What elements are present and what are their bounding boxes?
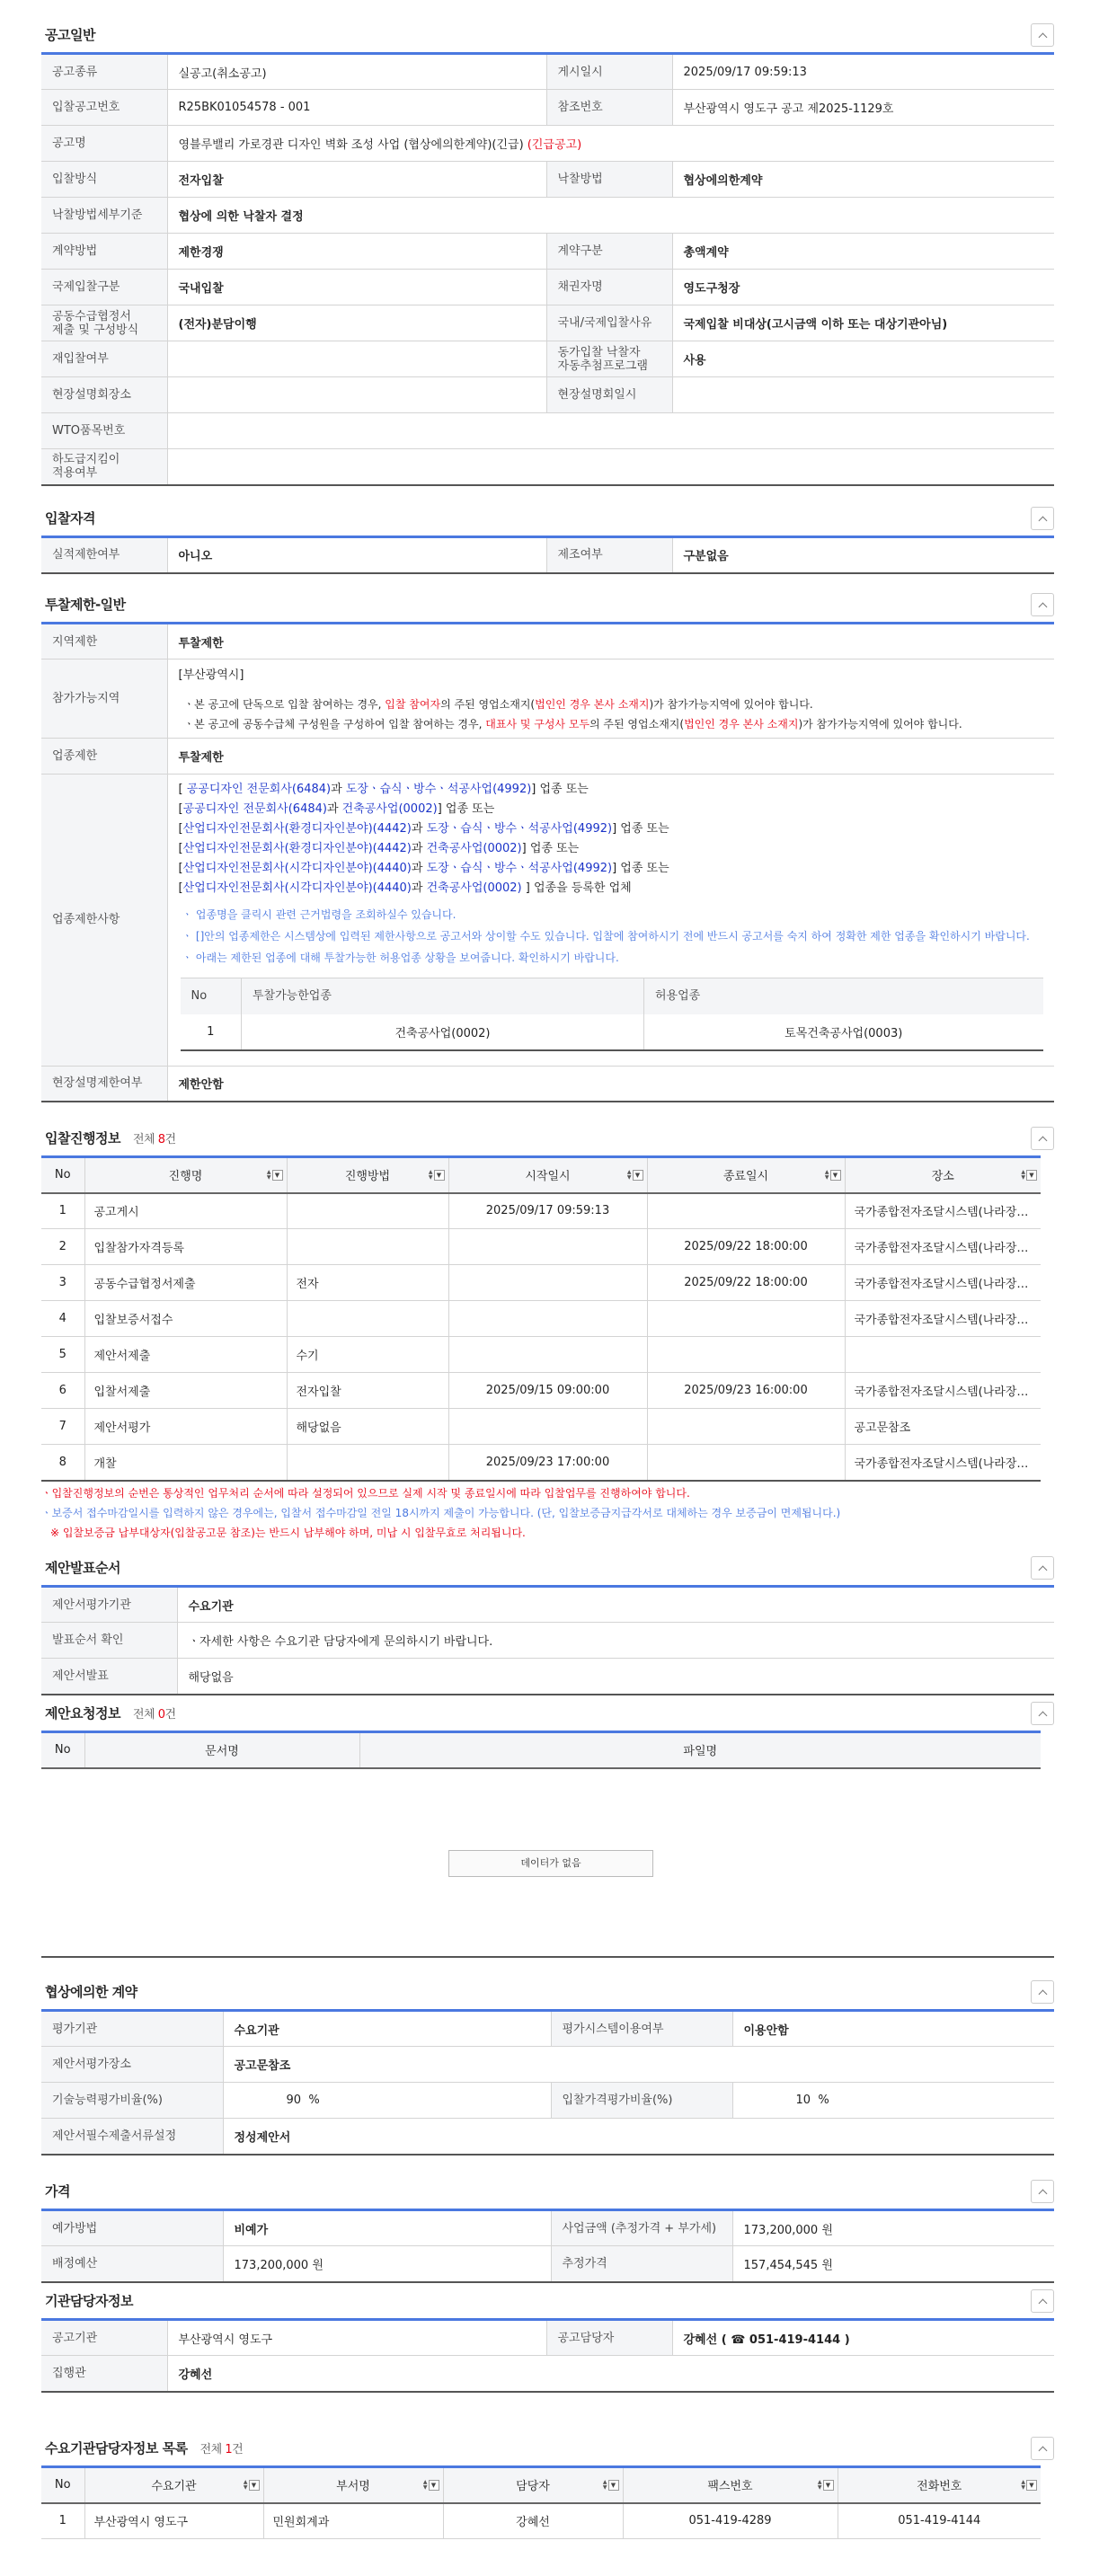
total-count: 전체 8건 <box>133 1133 176 1146</box>
table-cell: 8 <box>41 1445 84 1481</box>
column-header-label: 진행방법 <box>345 1170 390 1183</box>
sort-controls[interactable]: ▲▼▼ <box>1021 2480 1037 2491</box>
column-header[interactable]: 종료일시▲▼▼ <box>647 1157 845 1193</box>
note-text: 아래는 제한된 업종에 대해 투찰가능한 허용업종 상황을 보여줍니다. 확인하… <box>196 952 619 964</box>
label: 채권자명 <box>546 270 672 305</box>
table-cell <box>448 1301 647 1337</box>
table-row[interactable]: 1공고게시2025/09/17 09:59:13국가종합전자조달시스템(나라장… <box>41 1193 1041 1229</box>
table-row[interactable]: 4입찰보증서접수국가종합전자조달시스템(나라장… <box>41 1301 1041 1337</box>
value-lottery: 사용 <box>672 341 1054 377</box>
label: 현장설명회장소 <box>41 377 167 413</box>
industry-link[interactable]: 건축공사업(0002) <box>427 881 522 895</box>
chevron-up-icon <box>1038 1711 1047 1720</box>
label: 현장설명회일시 <box>546 377 672 413</box>
section-title: 입찰자격 <box>45 509 95 527</box>
urgent-badge: (긴급공고) <box>527 138 581 152</box>
table-cell: 2025/09/15 09:00:00 <box>448 1373 647 1409</box>
presentation-table: 제안서평가기관수요기관 발표순서 확인ㆍ자세한 사항은 수요기관 담당자에게 문… <box>41 1585 1054 1695</box>
table-cell <box>287 1229 448 1265</box>
industry-line: [산업디자인전문회사(시각디자인분야)(4440)과 도장ㆍ습식ㆍ방수ㆍ석공사업… <box>179 859 1044 879</box>
label: 공고기관 <box>41 2320 167 2356</box>
label: 국제입찰구분 <box>41 270 167 305</box>
warning-note: ※ 입찰보증금 납부대상자(입찰공고문 참조)는 반드시 납부해야 하며, 미납… <box>41 1523 1054 1543</box>
table-cell <box>287 1301 448 1337</box>
column-header[interactable]: 수요기관▲▼▼ <box>84 2467 263 2503</box>
column-header[interactable]: 담당자▲▼▼ <box>443 2467 623 2503</box>
table-cell: 국가종합전자조달시스템(나라장… <box>845 1445 1041 1481</box>
value-site-time <box>672 377 1054 413</box>
section-title: 협상에의한 계약 <box>45 1982 137 2001</box>
value-performance-limit: 아니오 <box>167 537 546 573</box>
table-cell: 공고게시 <box>84 1193 287 1229</box>
table-cell: 7 <box>41 1409 84 1445</box>
sort-controls[interactable]: ▲▼▼ <box>244 2480 260 2491</box>
collapse-button[interactable] <box>1031 1980 1054 2004</box>
table-cell: 입찰보증서접수 <box>84 1301 287 1337</box>
collapse-button[interactable] <box>1031 593 1054 616</box>
collapse-button[interactable] <box>1031 2180 1054 2203</box>
text: ㆍ본 공고에 공동수급체 구성원을 구성하여 입찰 참여하는 경우, <box>184 718 486 730</box>
text: ] 업종 또는 <box>438 802 495 816</box>
table-cell: 전자입찰 <box>287 1373 448 1409</box>
section-title: 수요기관담당자정보 목록전체 1건 <box>45 2439 243 2457</box>
label: 하도급지킴이적용여부 <box>41 449 167 485</box>
value-estimated-price: 157,454,545 원 <box>732 2246 1054 2282</box>
table-cell <box>647 1301 845 1337</box>
label: 재입찰여부 <box>41 341 167 377</box>
column-header[interactable]: 팩스번호▲▼▼ <box>623 2467 838 2503</box>
label: 평가시스템이용여부 <box>551 2011 732 2047</box>
empty-state: 데이터가 없음 <box>41 1769 1054 1958</box>
text: [ <box>179 783 187 796</box>
sort-controls[interactable]: ▲▼▼ <box>1021 1170 1037 1181</box>
sort-icon[interactable]: ▲▼ <box>1021 2480 1025 2491</box>
value-site-place <box>167 377 546 413</box>
demand-table: No수요기관▲▼▼부서명▲▼▼담당자▲▼▼팩스번호▲▼▼전화번호▲▼▼ 1부산광… <box>41 2465 1041 2539</box>
table-cell: 6 <box>41 1373 84 1409</box>
label: 참조번호 <box>546 90 672 126</box>
text: ] 업종 또는 <box>612 822 669 836</box>
table-row[interactable]: 6입찰서제출전자입찰2025/09/15 09:00:002025/09/23 … <box>41 1373 1041 1409</box>
label: 배정예산 <box>41 2246 223 2282</box>
industry-line: [공공디자인 전문회사(6484)과 건축공사업(0002)] 업종 또는 <box>179 800 1044 819</box>
table-cell <box>448 1265 647 1301</box>
column-header-label: No <box>55 1743 71 1757</box>
table-cell <box>647 1337 845 1373</box>
industry-line: [산업디자인전문회사(환경디자인분야)(4442)과 건축공사업(0002)] … <box>179 839 1044 859</box>
table-cell: 2025/09/23 16:00:00 <box>647 1373 845 1409</box>
section-title: 투찰제한-일반 <box>45 595 126 614</box>
text: 과 <box>412 862 423 875</box>
text: ] 업종을 등록한 업체 <box>522 881 632 895</box>
table-cell: 1 <box>41 1193 84 1229</box>
sort-controls[interactable]: ▲▼▼ <box>267 1170 283 1181</box>
table-cell: 051-419-4289 <box>623 2503 838 2539</box>
label: 공고담당자 <box>546 2320 672 2356</box>
industry-notes: ㆍ 업종명을 클릭시 관련 근거법령을 조회하실수 있습니다.ㆍ []안의 업종… <box>179 904 1044 969</box>
text: )가 참가가능지역에 있어야 합니다. <box>650 698 813 711</box>
industry-link[interactable]: 도장ㆍ습식ㆍ방수ㆍ석공사업(4992) <box>346 783 531 796</box>
value-reference-number: 부산광역시 영도구 공고 제2025-1129호 <box>672 90 1054 126</box>
section-demand: 수요기관담당자정보 목록전체 1건 No수요기관▲▼▼부서명▲▼▼담당자▲▼▼팩… <box>41 2431 1054 2539</box>
value-award-criteria: 협상에 의한 낙찰자 결정 <box>167 198 1054 234</box>
table-row: 1건축공사업(0002)토목건축공사업(0003) <box>181 1014 1043 1050</box>
industry-line: [산업디자인전문회사(시각디자인분야)(4440)과 건축공사업(0002) ]… <box>179 879 1044 899</box>
value-required-docs: 정성제안서 <box>223 2119 1054 2155</box>
table-row[interactable]: 5제안서제출수기 <box>41 1337 1041 1373</box>
text: 과 <box>327 802 339 816</box>
text: ㆍ본 공고에 단독으로 입찰 참여하는 경우, <box>184 698 386 711</box>
label: 제안서평가장소 <box>41 2047 223 2083</box>
bullet-icon: ㆍ <box>182 908 196 921</box>
text: 과 <box>331 783 342 796</box>
bullet-icon: ㆍ <box>182 952 196 964</box>
industry-link[interactable]: 산업디자인전문회사(환경디자인분야)(4442) <box>183 842 412 855</box>
column-header: 허용업종 <box>644 978 1043 1014</box>
industry-link[interactable]: 공공디자인 전문회사(6484) <box>183 802 327 816</box>
column-header: No <box>41 1157 84 1193</box>
collapse-button[interactable] <box>1031 2437 1054 2460</box>
text: 의 주된 영업소재지( <box>589 718 684 730</box>
value-eval-org: 수요기관 <box>177 1587 1054 1623</box>
total-count: 전체 1건 <box>200 2443 244 2456</box>
filter-dropdown-icon[interactable]: ▼ <box>1026 1170 1037 1181</box>
table-cell: 4 <box>41 1301 84 1337</box>
table-cell: 5 <box>41 1337 84 1373</box>
table-cell: 전자 <box>287 1265 448 1301</box>
column-header-label: 파일명 <box>683 1745 717 1758</box>
table-cell <box>448 1337 647 1373</box>
table-cell: 국가종합전자조달시스템(나라장… <box>845 1301 1041 1337</box>
guarantee-note: ㆍ보증서 접수마감일시를 입력하지 않은 경우에는, 입찰서 접수마감일 전일 … <box>41 1503 1054 1523</box>
value-industry-detail: [ 공공디자인 전문회사(6484)과 도장ㆍ습식ㆍ방수ㆍ석공사업(4992)]… <box>167 775 1054 1067</box>
table-cell: 강혜선 <box>443 2503 623 2539</box>
label: 동가입찰 낙찰자자동추첨프로그램 <box>546 341 672 377</box>
highlight: 입찰 참여자 <box>385 698 440 711</box>
table-cell <box>448 1229 647 1265</box>
table-row[interactable]: 1부산광역시 영도구민원회계과강혜선051-419-4289051-419-41… <box>41 2503 1041 2539</box>
label: 게시일시 <box>546 54 672 90</box>
sort-icon[interactable]: ▲▼ <box>627 1170 632 1181</box>
chevron-up-icon <box>1038 2298 1047 2307</box>
sort-controls[interactable]: ▲▼▼ <box>429 1170 445 1181</box>
text: ] 업종 또는 <box>612 862 669 875</box>
table-cell <box>287 1445 448 1481</box>
sort-icon[interactable]: ▲▼ <box>603 2480 607 2491</box>
value-price-ratio: 10 % <box>732 2083 1054 2119</box>
text: 과 <box>412 842 423 855</box>
value-creditor: 영도구청장 <box>672 270 1054 305</box>
section-negotiation: 협상에의한 계약 평가기관수요기관평가시스템이용여부이용안함 제안서평가장소공고… <box>41 1975 1054 2156</box>
section-title: 제안발표순서 <box>45 1558 120 1577</box>
column-header-label: 진행명 <box>169 1170 203 1183</box>
collapse-button[interactable] <box>1031 23 1054 47</box>
label: 공고종류 <box>41 54 167 90</box>
table-cell: 국가종합전자조달시스템(나라장… <box>845 1373 1041 1409</box>
table-cell: 개찰 <box>84 1445 287 1481</box>
industry-link[interactable]: 도장ㆍ습식ㆍ방수ㆍ석공사업(4992) <box>427 862 612 875</box>
allowed-industry-table: No투찰가능한업종허용업종 1건축공사업(0002)토목건축공사업(0003) <box>181 978 1043 1051</box>
value-eval-system: 이용안함 <box>732 2011 1054 2047</box>
note-text: []안의 업종제한은 시스템상에 입력된 제한사항으로 공고서와 상이할 수도 … <box>196 930 1030 943</box>
industry-link[interactable]: 공공디자인 전문회사(6484) <box>187 783 331 796</box>
industry-link[interactable]: 산업디자인전문회사(시각디자인분야)(4440) <box>183 862 412 875</box>
table-cell: 국가종합전자조달시스템(나라장… <box>845 1193 1041 1229</box>
section-title: 기관담당자정보 <box>45 2291 133 2310</box>
column-header-label: 시작일시 <box>525 1170 570 1183</box>
value-rebid <box>167 341 546 377</box>
industry-link[interactable]: 도장ㆍ습식ㆍ방수ㆍ석공사업(4992) <box>427 822 612 836</box>
table-cell: 민원회계과 <box>263 2503 443 2539</box>
table-cell: 입찰서제출 <box>84 1373 287 1409</box>
filter-dropdown-icon[interactable]: ▼ <box>249 2480 260 2491</box>
section-title: 입찰진행정보전체 8건 <box>45 1129 176 1147</box>
table-cell: 2025/09/22 18:00:00 <box>647 1265 845 1301</box>
chevron-up-icon <box>1038 1136 1047 1145</box>
column-header-label: 팩스번호 <box>707 2480 752 2493</box>
value-eval-place: 공고문참조 <box>223 2047 1054 2083</box>
chevron-up-icon <box>1038 1565 1047 1574</box>
label: 입찰공고번호 <box>41 90 167 126</box>
filter-dropdown-icon[interactable]: ▼ <box>272 1170 283 1181</box>
value-eval-org: 수요기관 <box>223 2011 551 2047</box>
chevron-up-icon <box>1038 2189 1047 2198</box>
table-cell: 2 <box>41 1229 84 1265</box>
column-header: No <box>41 2467 84 2503</box>
sort-icon[interactable]: ▲▼ <box>267 1170 271 1181</box>
label: 지역제한 <box>41 624 167 659</box>
column-header: 파일명 <box>359 1732 1041 1768</box>
label: 공고명 <box>41 126 167 162</box>
table-cell: 051-419-4144 <box>838 2503 1041 2539</box>
value-region-limit: 투찰제한 <box>167 624 1054 659</box>
table-cell: 국가종합전자조달시스템(나라장… <box>845 1229 1041 1265</box>
table-cell <box>448 1409 647 1445</box>
sort-controls[interactable]: ▲▼▼ <box>818 2480 834 2491</box>
agency-table: 공고기관부산광역시 영도구공고담당자강혜선 ( ☎ 051-419-4144 )… <box>41 2318 1054 2393</box>
chevron-up-icon <box>1038 516 1047 525</box>
progress-note: ㆍ입찰진행정보의 순번은 통상적인 업무처리 순서에 따라 설정되어 있으므로 … <box>41 1483 1054 1503</box>
column-header-label: 전화번호 <box>917 2480 962 2493</box>
column-header: No <box>181 978 242 1014</box>
text: )가 참가가능지역에 있어야 합니다. <box>798 718 962 730</box>
text: 의 주된 영업소재지( <box>440 698 535 711</box>
table-row[interactable]: 2입찰참가자격등록2025/09/22 18:00:00국가종합전자조달시스템(… <box>41 1229 1041 1265</box>
value-tech-ratio: 90 % <box>223 2083 551 2119</box>
value-area: [부산광역시] ㆍ본 공고에 단독으로 입찰 참여하는 경우, 입찰 참여자의 … <box>167 659 1054 739</box>
label: 업종제한사항 <box>41 775 167 1067</box>
label: 계약방법 <box>41 234 167 270</box>
table-row[interactable]: 3공동수급협정서제출전자2025/09/22 18:00:00국가종합전자조달시… <box>41 1265 1041 1301</box>
collapse-button[interactable] <box>1031 507 1054 530</box>
sort-controls[interactable]: ▲▼▼ <box>423 2480 439 2491</box>
value-order-note: ㆍ자세한 사항은 수요기관 담당자에게 문의하시기 바랍니다. <box>177 1623 1054 1659</box>
highlight: 법인인 경우 본사 소재지 <box>535 698 649 711</box>
table-cell: 토목건축공사업(0003) <box>644 1014 1043 1050</box>
collapse-button[interactable] <box>1031 1127 1054 1150</box>
section-agency: 기관담당자정보 공고기관부산광역시 영도구공고담당자강혜선 ( ☎ 051-41… <box>41 2284 1054 2393</box>
label: 현장설명제한여부 <box>41 1066 167 1102</box>
filter-dropdown-icon[interactable]: ▼ <box>429 2480 439 2491</box>
sort-icon[interactable]: ▲▼ <box>423 2480 428 2491</box>
label: 제안서필수제출서류설정 <box>41 2119 223 2155</box>
filter-dropdown-icon[interactable]: ▼ <box>434 1170 445 1181</box>
label: WTO품목번호 <box>41 413 167 449</box>
area-note: ㆍ본 공고에 공동수급체 구성원을 구성하여 입찰 참여하는 경우, 대표사 및… <box>179 714 1044 734</box>
note-item: ㆍ 아래는 제한된 업종에 대해 투찰가능한 허용업종 상황을 보여줍니다. 확… <box>182 947 1044 969</box>
sort-controls[interactable]: ▲▼▼ <box>627 1170 643 1181</box>
sort-icon[interactable]: ▲▼ <box>429 1170 433 1181</box>
column-header-label: 담당자 <box>516 2480 550 2493</box>
value-business-amount: 173,200,000 원 <box>732 2210 1054 2246</box>
column-header-label: 장소 <box>932 1170 954 1183</box>
industry-list: [ 공공디자인 전문회사(6484)과 도장ㆍ습식ㆍ방수ㆍ석공사업(4992)]… <box>179 780 1044 899</box>
industry-link[interactable]: 건축공사업(0002) <box>342 802 438 816</box>
value-intl-type: 국내입찰 <box>167 270 546 305</box>
chevron-up-icon <box>1038 1989 1047 1998</box>
text: ] 업종 또는 <box>531 783 589 796</box>
area-note: ㆍ본 공고에 단독으로 입찰 참여하는 경우, 입찰 참여자의 주된 영업소재지… <box>179 695 1044 714</box>
section-progress: 입찰진행정보전체 8건 No진행명▲▼▼진행방법▲▼▼시작일시▲▼▼종료일시▲▼… <box>41 1121 1054 1543</box>
value-industry-limit: 투찰제한 <box>167 739 1054 775</box>
value-contract-type: 총액계약 <box>672 234 1054 270</box>
table-cell <box>845 1337 1041 1373</box>
table-cell: 건축공사업(0002) <box>242 1014 644 1050</box>
filter-dropdown-icon[interactable]: ▼ <box>1026 2480 1037 2491</box>
column-header[interactable]: 시작일시▲▼▼ <box>448 1157 647 1193</box>
column-header[interactable]: 진행방법▲▼▼ <box>287 1157 448 1193</box>
table-cell: 공동수급협정서제출 <box>84 1265 287 1301</box>
collapse-button[interactable] <box>1031 1556 1054 1580</box>
rfp-table: No문서명파일명 <box>41 1731 1041 1769</box>
label: 업종제한 <box>41 739 167 775</box>
sort-controls[interactable]: ▲▼▼ <box>603 2480 619 2491</box>
section-title: 공고일반 <box>45 25 95 44</box>
column-header[interactable]: 부서명▲▼▼ <box>263 2467 443 2503</box>
note-item: ㆍ 업종명을 클릭시 관련 근거법령을 조회하실수 있습니다. <box>182 904 1044 925</box>
label: 제조여부 <box>546 537 672 573</box>
sort-icon[interactable]: ▲▼ <box>818 2480 822 2491</box>
text: 과 <box>412 881 423 895</box>
table-row[interactable]: 8개찰2025/09/23 17:00:00국가종합전자조달시스템(나라장… <box>41 1445 1041 1481</box>
industry-link[interactable]: 건축공사업(0002) <box>427 842 522 855</box>
table-row[interactable]: 7제안서평가해당없음공고문참조 <box>41 1409 1041 1445</box>
sort-icon[interactable]: ▲▼ <box>825 1170 829 1181</box>
label: 제안서발표 <box>41 1659 177 1695</box>
filter-dropdown-icon[interactable]: ▼ <box>830 1170 841 1181</box>
label: 공동수급협정서제출 및 구성방식 <box>41 305 167 341</box>
industry-link[interactable]: 산업디자인전문회사(시각디자인분야)(4440) <box>183 881 412 895</box>
label: 국내/국제입찰사유 <box>546 305 672 341</box>
industry-link[interactable]: 산업디자인전문회사(환경디자인분야)(4442) <box>183 822 412 836</box>
label: 낙찰방법 <box>546 162 672 198</box>
label: 낙찰방법세부기준 <box>41 198 167 234</box>
table-cell <box>287 1193 448 1229</box>
section-restriction: 투찰제한-일반 지역제한투찰제한 참가가능지역 [부산광역시] ㆍ본 공고에 단… <box>41 588 1054 1102</box>
industry-line: [산업디자인전문회사(환경디자인분야)(4442)과 도장ㆍ습식ㆍ방수ㆍ석공사업… <box>179 819 1044 839</box>
column-header[interactable]: 전화번호▲▼▼ <box>838 2467 1041 2503</box>
filter-dropdown-icon[interactable]: ▼ <box>608 2480 619 2491</box>
phone-icon: ☎ <box>731 2333 745 2347</box>
value-price-method: 비예가 <box>223 2210 551 2246</box>
value-budget: 173,200,000 원 <box>223 2246 551 2282</box>
chevron-up-icon <box>1038 602 1047 611</box>
table-cell: 1 <box>41 2503 84 2539</box>
value-notice-type: 실공고(취소공고) <box>167 54 546 90</box>
label: 입찰가격평가비율(%) <box>551 2083 732 2119</box>
highlight: 법인인 경우 본사 소재지 <box>684 718 798 730</box>
value-wto <box>167 413 1054 449</box>
table-cell: 입찰참가자격등록 <box>84 1229 287 1265</box>
value-posted-at: 2025/09/17 09:59:13 <box>672 54 1054 90</box>
table-cell: 부산광역시 영도구 <box>84 2503 263 2539</box>
table-cell: 2025/09/22 18:00:00 <box>647 1229 845 1265</box>
column-header-label: No <box>55 2478 71 2492</box>
highlight: 대표사 및 구성사 모두 <box>485 718 589 730</box>
section-qualification: 입찰자격 실적제한여부아니오제조여부구분없음 <box>41 501 1054 574</box>
sort-icon[interactable]: ▲▼ <box>244 2480 248 2491</box>
section-rfp: 제안요청정보전체 0건 No문서명파일명 데이터가 없음 <box>41 1696 1054 1958</box>
column-header-label: 부서명 <box>336 2480 370 2493</box>
general-table: 공고종류실공고(취소공고)게시일시2025/09/17 09:59:13 입찰공… <box>41 52 1054 486</box>
column-header-label: No <box>55 1168 71 1182</box>
total-count: 전체 0건 <box>133 1708 176 1722</box>
section-general: 공고일반 공고종류실공고(취소공고)게시일시2025/09/17 09:59:1… <box>41 18 1054 486</box>
sort-icon[interactable]: ▲▼ <box>1021 1170 1025 1181</box>
column-header[interactable]: 진행명▲▼▼ <box>84 1157 287 1193</box>
label: 참가가능지역 <box>41 659 167 739</box>
label: 기술능력평가비율(%) <box>41 2083 223 2119</box>
table-cell: 1 <box>181 1014 242 1050</box>
sort-controls[interactable]: ▲▼▼ <box>825 1170 841 1181</box>
qualification-table: 실적제한여부아니오제조여부구분없음 <box>41 536 1054 574</box>
label: 계약구분 <box>546 234 672 270</box>
table-cell: 공고문참조 <box>845 1409 1041 1445</box>
column-header-label: 종료일시 <box>723 1170 768 1183</box>
table-cell: 제안서평가 <box>84 1409 287 1445</box>
collapse-button[interactable] <box>1031 2289 1054 2313</box>
column-header[interactable]: 장소▲▼▼ <box>845 1157 1041 1193</box>
section-price: 가격 예가방법비예가사업금액 (추정가격 + 부가세)173,200,000 원… <box>41 2174 1054 2283</box>
table-cell: 제안서제출 <box>84 1337 287 1373</box>
table-cell <box>647 1445 845 1481</box>
table-cell: 2025/09/17 09:59:13 <box>448 1193 647 1229</box>
column-header-label: 문서명 <box>205 1745 239 1758</box>
table-cell <box>647 1409 845 1445</box>
label: 집행관 <box>41 2356 167 2392</box>
label: 평가기관 <box>41 2011 223 2047</box>
value-manufacturing: 구분없음 <box>672 537 1054 573</box>
section-title: 제안요청정보전체 0건 <box>45 1704 176 1722</box>
table-cell: 해당없음 <box>287 1409 448 1445</box>
value-agency: 부산광역시 영도구 <box>167 2320 546 2356</box>
column-header: 문서명 <box>84 1732 359 1768</box>
table-cell: 2025/09/23 17:00:00 <box>448 1445 647 1481</box>
collapse-button[interactable] <box>1031 1702 1054 1725</box>
filter-dropdown-icon[interactable]: ▼ <box>633 1170 643 1181</box>
table-cell <box>647 1193 845 1229</box>
filter-dropdown-icon[interactable]: ▼ <box>823 2480 834 2491</box>
label: 제안서평가기관 <box>41 1587 177 1623</box>
value-presentation: 해당없음 <box>177 1659 1054 1695</box>
label: 예가방법 <box>41 2210 223 2246</box>
restriction-table: 지역제한투찰제한 참가가능지역 [부산광역시] ㆍ본 공고에 단독으로 입찰 참… <box>41 622 1054 1102</box>
value-executor: 강혜선 <box>167 2356 1054 2392</box>
table-cell: 국가종합전자조달시스템(나라장… <box>845 1265 1041 1301</box>
table-cell: 3 <box>41 1265 84 1301</box>
section-title: 가격 <box>45 2182 70 2200</box>
table-cell: 수기 <box>287 1337 448 1373</box>
